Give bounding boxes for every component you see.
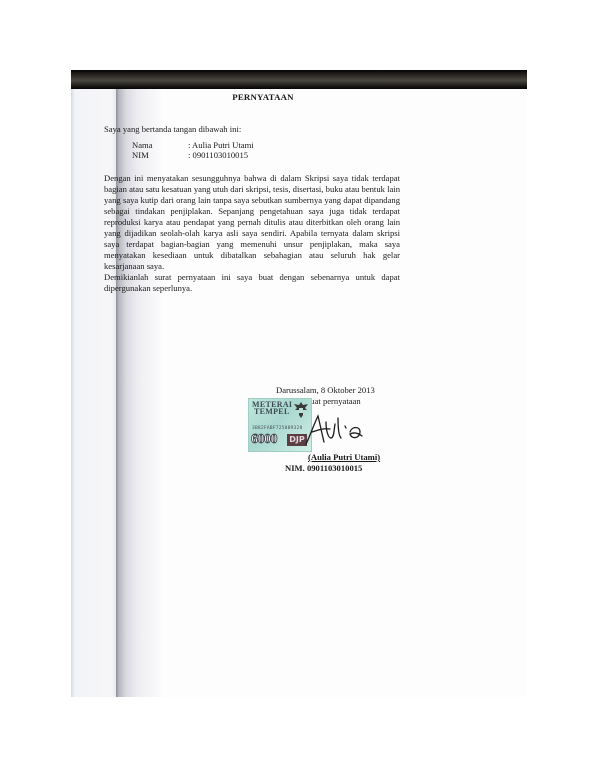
identity-row-name: Nama : Aulia Putri Utami [104, 140, 400, 150]
identity-row-nim: NIM : 0901103010015 [104, 150, 400, 160]
closing-paragraph: Demikianlah surat pernyataan ini saya bu… [104, 272, 400, 294]
place-date: Darussalam, 8 Oktober 2013 [248, 385, 448, 396]
scanner-edge-band [71, 70, 527, 89]
identity-label: Nama [132, 140, 188, 150]
signer-nim: NIM. 0901103010015 [285, 463, 362, 474]
handwritten-signature [298, 410, 368, 450]
signer-name: (Aulia Putri Utami) [308, 452, 380, 463]
identity-value: : Aulia Putri Utami [188, 140, 254, 150]
document-title: PERNYATAAN [126, 92, 400, 103]
stamp-value: 6000 [251, 432, 277, 448]
identity-value: : 0901103010015 [188, 150, 248, 160]
statement-body: Dengan ini menyatakan sesungguhnya bahwa… [104, 173, 400, 294]
body-paragraph: Dengan ini menyatakan sesungguhnya bahwa… [104, 173, 400, 272]
identity-label: NIM [132, 150, 188, 160]
stamp-line2: TEMPEL [254, 408, 290, 416]
intro-line: Saya yang bertanda tangan dibawah ini: [104, 124, 400, 135]
statement-content: PERNYATAAN Saya yang bertanda tangan dib… [104, 92, 400, 294]
signature-block: Darussalam, 8 Oktober 2013 buat pernyata… [248, 385, 448, 407]
